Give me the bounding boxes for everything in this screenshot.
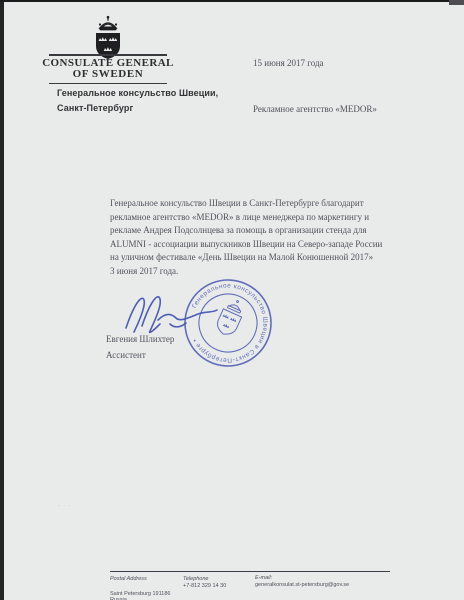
signer-title: Ассистент	[106, 350, 146, 360]
footer-column-postal-address: Postal Address Saint Petersburg 191186 R…	[110, 576, 170, 600]
body-line: 3 июня 2017 года.	[110, 265, 420, 279]
scan-smudge-artifact: – · ·	[58, 504, 71, 509]
footer-email-address: generalkonsulat.st-petersburg@gov.se	[255, 582, 349, 589]
letter-body: Генеральное консульство Швеции в Санкт-П…	[110, 197, 420, 279]
footer-column-email: E-mail: generalkonsulat.st-petersburg@go…	[255, 575, 349, 588]
body-line: рекламе Андрея Подсолнцева за помощь в о…	[110, 224, 420, 238]
footer-postal-label: Postal Address	[110, 576, 170, 583]
org-name-ru-line2: Санкт-Петербург	[57, 101, 218, 116]
scan-edge-top	[0, 0, 464, 2]
footer-divider	[110, 571, 390, 572]
letter-addressee: Рекламное агентство «MEDOR»	[253, 104, 377, 114]
letter-date: 15 июня 2017 года	[253, 58, 324, 68]
stamp-ring-text: Генеральное консульство Швеции в Санкт-П…	[174, 270, 281, 378]
letterhead-rule-bottom	[49, 83, 167, 85]
scan-edge-corner-mark	[449, 0, 464, 5]
body-line: на уличном фестивале «День Швеции на Мал…	[110, 251, 420, 265]
body-line: Генеральное консульство Швеции в Санкт-П…	[110, 197, 420, 211]
footer-telephone-number: +7-812 329 14 30	[183, 583, 226, 590]
letterhead-org-name-ru: Генеральное консульство Швеции, Санкт-Пе…	[57, 86, 218, 115]
svg-text:Генеральное консульство Швеции: Генеральное консульство Швеции в Санкт-П…	[174, 270, 281, 378]
stamp-coat-of-arms-icon	[214, 297, 247, 338]
letterhead-org-name-en: CONSULATE GENERAL OF SWEDEN	[42, 54, 174, 84]
body-line: ALUMNI - ассоциации выпускников Швеции н…	[110, 238, 420, 252]
org-name-en-line1: CONSULATE GENERAL	[42, 58, 174, 69]
signer-name: Евгения Шлихтер	[106, 334, 174, 344]
scanned-letter-page: CONSULATE GENERAL OF SWEDEN Генеральное …	[0, 0, 464, 600]
letterhead-rule-top	[49, 54, 167, 56]
org-name-en-line2: OF SWEDEN	[42, 69, 174, 80]
org-name-ru-line1: Генеральное консульство Швеции,	[57, 86, 218, 101]
scan-edge-left	[0, 0, 4, 600]
footer-column-telephone: Telephone +7-812 329 14 30	[183, 576, 226, 589]
body-line: рекламное агентство «MEDOR» в лице менед…	[110, 211, 420, 225]
